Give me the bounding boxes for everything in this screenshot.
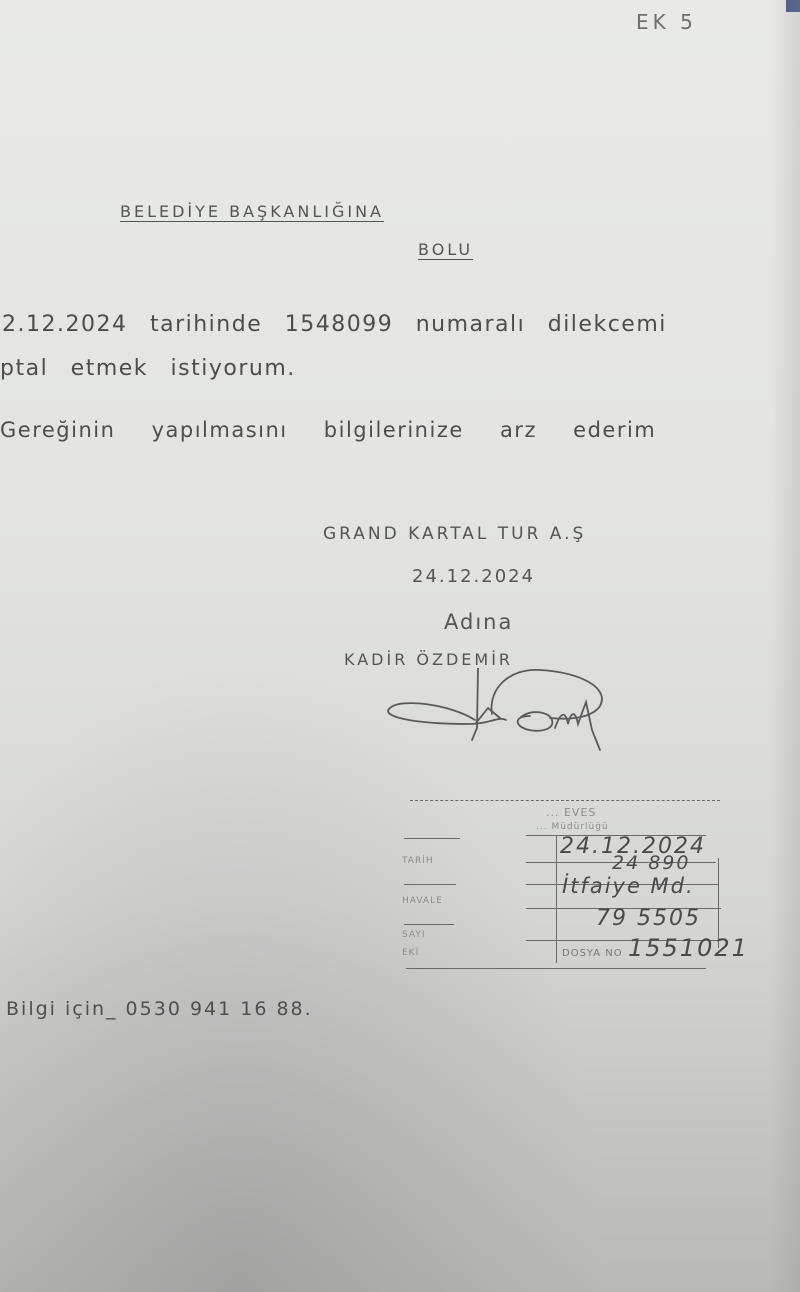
stamp-file-number: 1551021: [628, 934, 749, 962]
recipient-city: BOLU: [418, 240, 473, 259]
contact-info: Bilgi için_ 0530 941 16 88.: [6, 998, 313, 1020]
document-page: EK 5 BELEDİYE BAŞKANLIĞINA BOLU 2.12.202…: [0, 0, 800, 1292]
stamp-label-referral: HAVALE: [402, 896, 443, 906]
stamp-department: İtfaiye Md.: [562, 874, 695, 898]
stamp-header: ... EVES: [546, 806, 596, 819]
stamp-rule: [404, 924, 454, 925]
stamp-rule: [406, 968, 706, 969]
body-line-1: 2.12.2024 tarihinde 1548099 numaralı dil…: [2, 312, 667, 337]
stamp-subheader: ... Müdürlüğü: [536, 822, 609, 832]
stamp-rule: [404, 838, 460, 839]
stamp-rule: [410, 800, 720, 801]
company-name: GRAND KARTAL TUR A.Ş: [323, 524, 586, 544]
body-line-3: Gereğinin yapılmasını bilgilerinize arz …: [0, 418, 656, 442]
stamp-label-attachment: EKİ: [402, 948, 419, 958]
signer-name: KADİR ÖZDEMİR: [344, 650, 513, 669]
stamp-rule: [404, 884, 456, 885]
stamp-reference: 79 5505: [596, 906, 701, 931]
signature-icon: [380, 668, 620, 768]
signature-date: 24.12.2024: [412, 566, 535, 587]
on-behalf-label: Adına: [444, 610, 513, 634]
body-line-2: ptal etmek istiyorum.: [0, 356, 296, 381]
annex-label: EK 5: [636, 10, 697, 34]
recipient-heading: BELEDİYE BAŞKANLIĞINA: [120, 202, 384, 221]
stamp-number: 24 890: [612, 852, 690, 874]
background-edge: [786, 0, 800, 12]
stamp-label-date: TARİH: [402, 856, 434, 866]
registration-stamp: ... EVES ... Müdürlüğü TARİH 24.12.2024 …: [396, 790, 726, 975]
stamp-divider: [556, 835, 557, 963]
stamp-file-label: DOSYA NO: [562, 948, 623, 959]
stamp-label-number: SAYI: [402, 930, 426, 940]
